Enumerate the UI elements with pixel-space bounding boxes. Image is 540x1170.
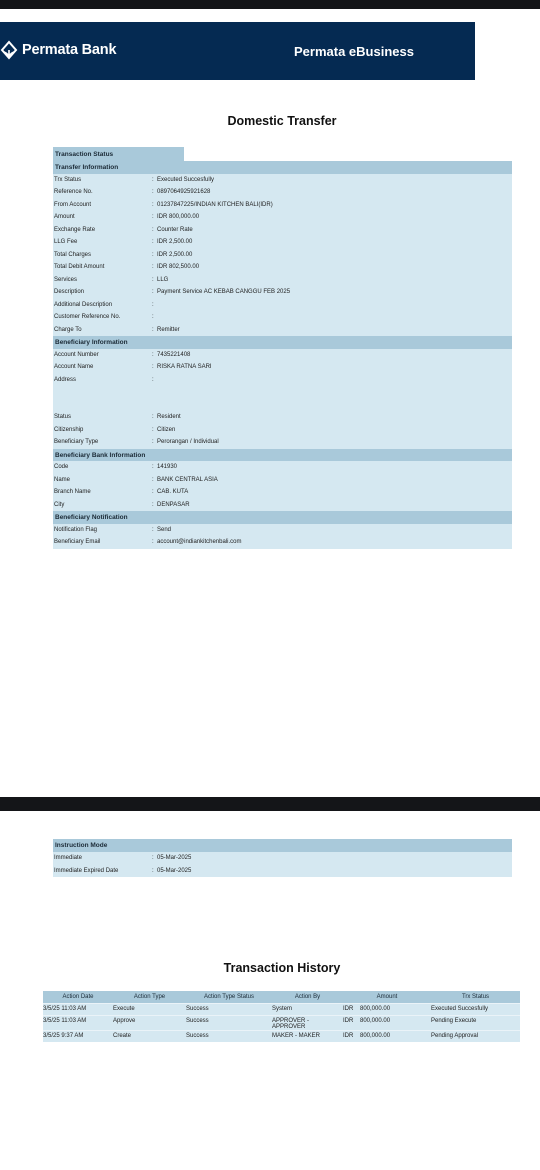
product-name: Permata eBusiness bbox=[294, 44, 414, 59]
field-value: Resident bbox=[157, 414, 181, 420]
detail-row: City:DENPASAR bbox=[53, 499, 512, 512]
section-header: Beneficiary Bank Information bbox=[53, 449, 512, 462]
field-value: 01237847225/INDIAN KITCHEN BALI(IDR) bbox=[157, 202, 273, 208]
field-label: Reference No. bbox=[53, 189, 152, 195]
detail-row: From Account:01237847225/INDIAN KITCHEN … bbox=[53, 199, 512, 212]
field-label: Address bbox=[53, 377, 152, 383]
field-label: City bbox=[53, 502, 152, 508]
field-value: DENPASAR bbox=[157, 502, 190, 508]
cell-amount: 800,000.00 bbox=[360, 1030, 431, 1042]
transaction-details: Transfer InformationTrx Status:Executed … bbox=[53, 161, 512, 549]
field-label: From Account bbox=[53, 202, 152, 208]
field-label: Notification Flag bbox=[53, 527, 152, 533]
detail-row: Citizenship:Citizen bbox=[53, 424, 512, 437]
field-label: Account Number bbox=[53, 352, 152, 358]
section-header: Instruction Mode bbox=[53, 839, 512, 852]
field-label: Description bbox=[53, 289, 152, 295]
cell-type-status: Success bbox=[186, 1003, 272, 1015]
field-value: 141930 bbox=[157, 464, 177, 470]
cell-type: Create bbox=[113, 1030, 186, 1042]
top-status-bar bbox=[0, 0, 540, 9]
field-value: Remitter bbox=[157, 327, 180, 333]
cell-trx-status: Executed Succesfully bbox=[431, 1003, 520, 1015]
detail-row: Trx Status:Executed Succesfully bbox=[53, 174, 512, 187]
detail-row: Beneficiary Email:account@indiankitchenb… bbox=[53, 536, 512, 549]
cell-type: Execute bbox=[113, 1003, 186, 1015]
cell-by: APPROVER - APPROVER bbox=[272, 1015, 343, 1030]
field-label: Immediate bbox=[53, 855, 152, 861]
field-value: Citizen bbox=[157, 427, 175, 433]
cell-currency: IDR bbox=[343, 1030, 360, 1042]
field-value: 05-Mar-2025 bbox=[157, 868, 191, 874]
detail-row: Description:Payment Service AC KEBAB CAN… bbox=[53, 286, 512, 299]
detail-row: Status:Resident bbox=[53, 411, 512, 424]
cell-date: 3/5/25 9:37 AM bbox=[43, 1030, 113, 1042]
cell-trx-status: Pending Approval bbox=[431, 1030, 520, 1042]
field-label: Name bbox=[53, 477, 152, 483]
table-header-row: Action Date Action Type Action Type Stat… bbox=[43, 991, 520, 1003]
field-label: Beneficiary Type bbox=[53, 439, 152, 445]
detail-row: Account Number:7435221408 bbox=[53, 349, 512, 362]
detail-row: Amount:IDR 800,000.00 bbox=[53, 211, 512, 224]
field-value: Counter Rate bbox=[157, 227, 193, 233]
cell-amount: 800,000.00 bbox=[360, 1015, 431, 1030]
field-label: Total Charges bbox=[53, 252, 152, 258]
detail-row: Total Charges:IDR 2,500.00 bbox=[53, 249, 512, 262]
detail-row: Code:141930 bbox=[53, 461, 512, 474]
cell-type-status: Success bbox=[186, 1015, 272, 1030]
section-header: Beneficiary Notification bbox=[53, 511, 512, 524]
field-separator: : bbox=[152, 314, 157, 320]
field-label: Amount bbox=[53, 214, 152, 220]
cell-date: 3/5/25 11:03 AM bbox=[43, 1003, 113, 1015]
header-banner: Permata Bank Permata eBusiness bbox=[0, 22, 475, 80]
detail-row: Additional Description: bbox=[53, 299, 512, 312]
field-value: 7435221408 bbox=[157, 352, 190, 358]
page-break-bar bbox=[0, 797, 540, 811]
table-row: 3/5/25 9:37 AMCreateSuccessMAKER - MAKER… bbox=[43, 1030, 520, 1042]
field-value: Payment Service AC KEBAB CANGGU FEB 2025 bbox=[157, 289, 290, 295]
field-label: Citizenship bbox=[53, 427, 152, 433]
field-label: Beneficiary Email bbox=[53, 539, 152, 545]
field-value: Send bbox=[157, 527, 171, 533]
field-label: Customer Reference No. bbox=[53, 314, 152, 320]
field-label: LLG Fee bbox=[53, 239, 152, 245]
detail-row: Immediate:05-Mar-2025 bbox=[53, 852, 512, 865]
field-label: Status bbox=[53, 414, 152, 420]
page-title: Domestic Transfer bbox=[12, 114, 540, 128]
field-label: Branch Name bbox=[53, 489, 152, 495]
detail-row: Exchange Rate:Counter Rate bbox=[53, 224, 512, 237]
detail-row: Notification Flag: Send bbox=[53, 524, 512, 537]
col-action-type-status: Action Type Status bbox=[186, 991, 272, 1003]
detail-row: Branch Name:CAB. KUTA bbox=[53, 486, 512, 499]
cell-date: 3/5/25 11:03 AM bbox=[43, 1015, 113, 1030]
field-value: IDR 2,500.00 bbox=[157, 252, 192, 258]
field-value: 0897064925921628 bbox=[157, 189, 210, 195]
detail-row: Reference No.:0897064925921628 bbox=[53, 186, 512, 199]
detail-row: LLG Fee:IDR 2,500.00 bbox=[53, 236, 512, 249]
detail-row: Services:LLG bbox=[53, 274, 512, 287]
cell-amount: 800,000.00 bbox=[360, 1003, 431, 1015]
detail-row: Address: bbox=[53, 374, 512, 412]
col-amount: Amount bbox=[343, 991, 431, 1003]
cell-currency: IDR bbox=[343, 1003, 360, 1015]
logo-text: Permata Bank bbox=[22, 42, 116, 58]
section-header: Transfer Information bbox=[53, 161, 512, 174]
field-label: Additional Description bbox=[53, 302, 152, 308]
field-value: IDR 2,500.00 bbox=[157, 239, 192, 245]
field-value: IDR 800,000.00 bbox=[157, 214, 199, 220]
field-label: Immediate Expired Date bbox=[53, 868, 152, 874]
cell-type-status: Success bbox=[186, 1030, 272, 1042]
field-label: Code bbox=[53, 464, 152, 470]
field-separator: : bbox=[152, 377, 157, 383]
field-label: Total Debit Amount bbox=[53, 264, 152, 270]
cell-by: System bbox=[272, 1003, 343, 1015]
cell-trx-status: Pending Execute bbox=[431, 1015, 520, 1030]
field-value: account@indiankitchenbali.com bbox=[157, 539, 241, 545]
permata-leaf-icon bbox=[0, 36, 18, 64]
field-value: 05-Mar-2025 bbox=[157, 855, 191, 861]
bank-logo: Permata Bank bbox=[0, 36, 116, 64]
col-trx-status: Trx Status bbox=[431, 991, 520, 1003]
detail-row: Beneficiary Type:Perorangan / Individual bbox=[53, 436, 512, 449]
detail-row: Charge To:Remitter bbox=[53, 324, 512, 337]
detail-row: Account Name:RISKA RATNA SARI bbox=[53, 361, 512, 374]
field-label: Trx Status bbox=[53, 177, 152, 183]
col-action-by: Action By bbox=[272, 991, 343, 1003]
history-title: Transaction History bbox=[12, 961, 540, 975]
detail-row: Customer Reference No.: bbox=[53, 311, 512, 324]
field-value: IDR 802,500.00 bbox=[157, 264, 199, 270]
detail-row: Immediate Expired Date:05-Mar-2025 bbox=[53, 865, 512, 878]
instruction-mode-section: Instruction Mode Immediate:05-Mar-2025Im… bbox=[53, 839, 512, 877]
field-separator: : bbox=[152, 302, 157, 308]
table-row: 3/5/25 11:03 AMExecuteSuccessSystemIDR80… bbox=[43, 1003, 520, 1015]
cell-currency: IDR bbox=[343, 1015, 360, 1030]
detail-row: Total Debit Amount:IDR 802,500.00 bbox=[53, 261, 512, 274]
field-value: BANK CENTRAL ASIA bbox=[157, 477, 218, 483]
field-label: Charge To bbox=[53, 327, 152, 333]
field-value: CAB. KUTA bbox=[157, 489, 188, 495]
transaction-history-table: Action Date Action Type Action Type Stat… bbox=[43, 991, 520, 1042]
cell-type: Approve bbox=[113, 1015, 186, 1030]
col-action-type: Action Type bbox=[113, 991, 186, 1003]
field-value: Perorangan / Individual bbox=[157, 439, 219, 445]
detail-row: Name:BANK CENTRAL ASIA bbox=[53, 474, 512, 487]
field-label: Services bbox=[53, 277, 152, 283]
field-value: LLG bbox=[157, 277, 168, 283]
field-label: Account Name bbox=[53, 364, 152, 370]
cell-by: MAKER - MAKER bbox=[272, 1030, 343, 1042]
field-value: Executed Succesfully bbox=[157, 177, 214, 183]
section-header: Beneficiary Information bbox=[53, 336, 512, 349]
field-label: Exchange Rate bbox=[53, 227, 152, 233]
field-value: RISKA RATNA SARI bbox=[157, 364, 212, 370]
col-action-date: Action Date bbox=[43, 991, 113, 1003]
transaction-status-tab: Transaction Status bbox=[53, 147, 184, 161]
table-row: 3/5/25 11:03 AMApproveSuccessAPPROVER - … bbox=[43, 1015, 520, 1030]
